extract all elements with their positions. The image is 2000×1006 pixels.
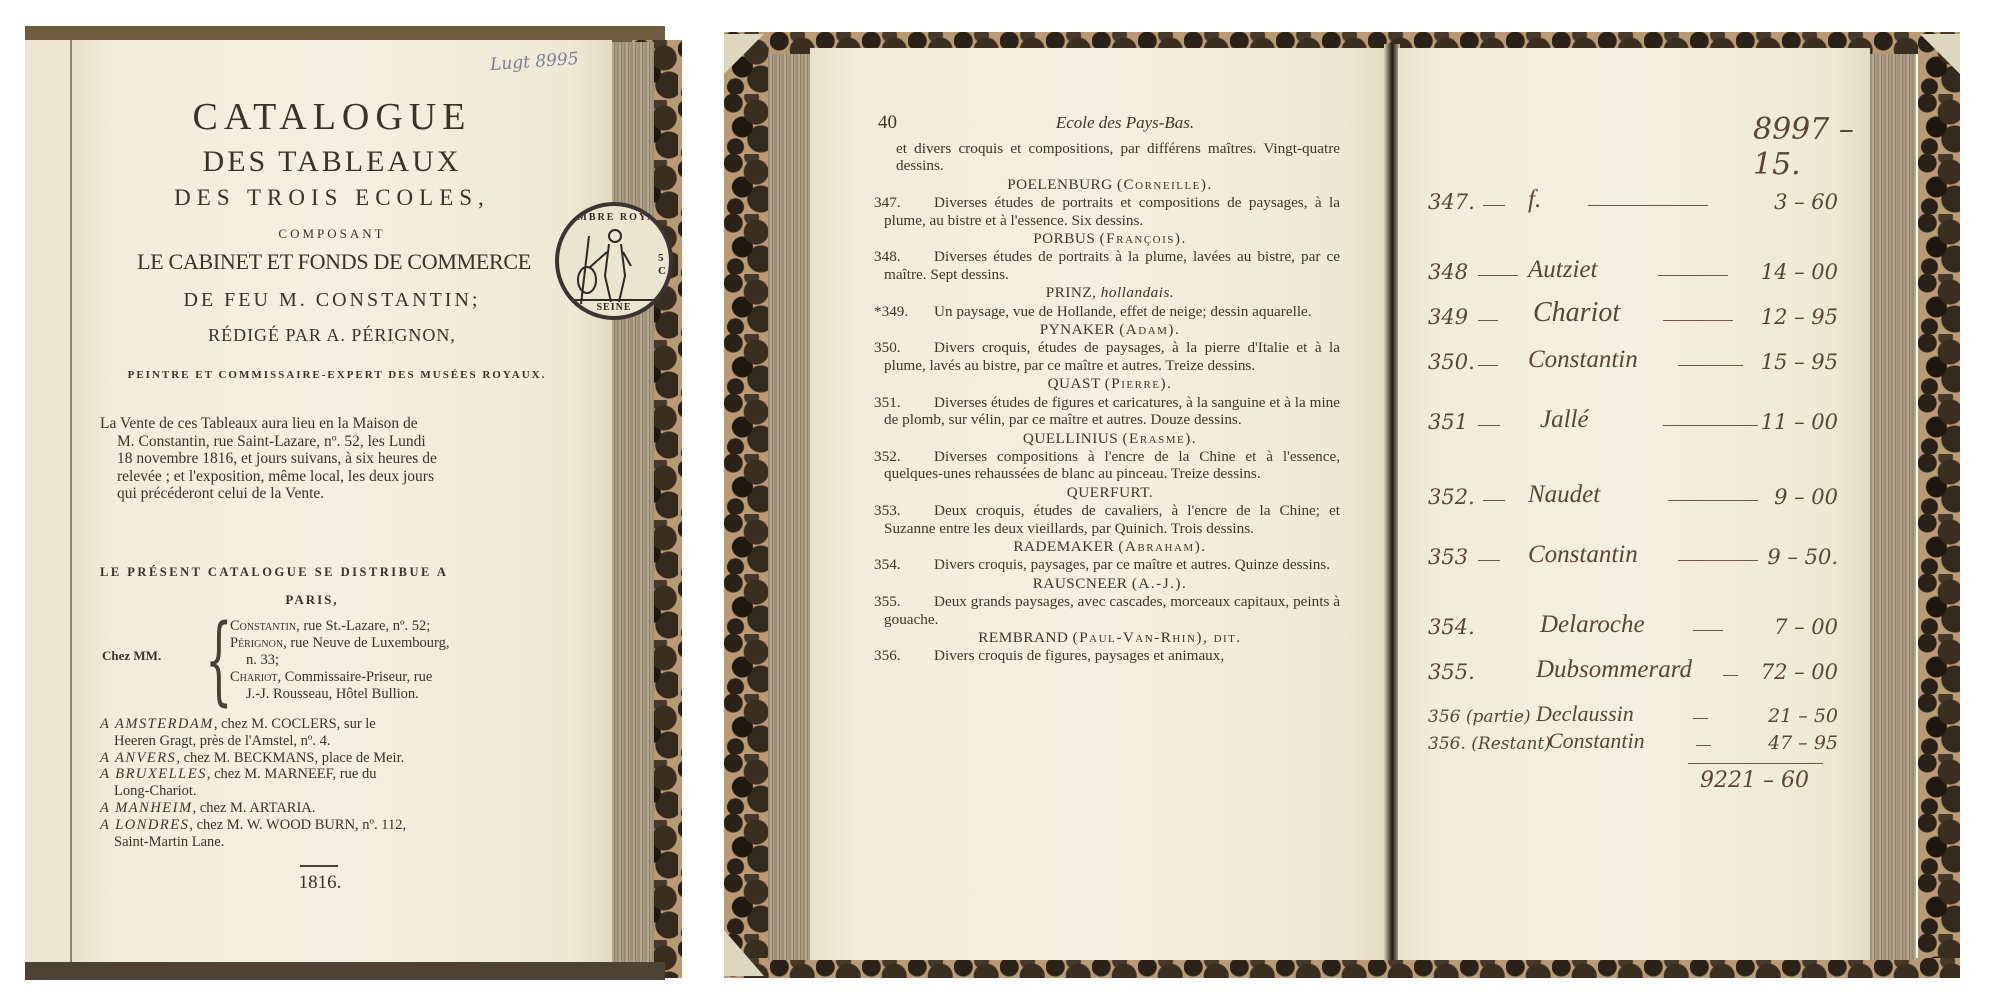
lot-number: 350. — [1428, 350, 1475, 374]
price: 11 – 00 — [1728, 410, 1838, 434]
lot-description: Divers croquis, paysages, par ce maître … — [884, 556, 1340, 573]
lot-description: Un paysage, vue de Hollande, effet de ne… — [884, 303, 1340, 320]
lot-number: 356. — [874, 647, 924, 664]
buyer-name: Constantin — [1528, 346, 1638, 374]
lot-description: Diverses études de figures et caricature… — [884, 394, 1340, 429]
sale-row: 356. (Restant) Constantin 47 – 95 — [1428, 718, 1838, 758]
artist-heading: REMBRAND (Paul-Van-Rhin), dit. — [880, 629, 1340, 646]
royal-tax-stamp: TIMBRE ROYAL 5 C SEINE — [555, 202, 673, 320]
shelfmark-annotation: Lugt 8995 — [489, 49, 579, 75]
price: 12 – 95 — [1728, 305, 1838, 329]
paris-sellers: Constantin, rue St.-Lazare, nº. 52; Péri… — [230, 618, 548, 703]
price: 9 – 50. — [1728, 545, 1838, 569]
lot-number: 351. — [874, 394, 924, 411]
catalogue-entries: et divers croquis et compositions, par d… — [880, 140, 1340, 665]
distribution-heading: LE PRÉSENT CATALOGUE SE DISTRIBUE A — [100, 565, 540, 580]
foreign-seller: A ANVERS, chez M. BECKMANS, place de Mei… — [100, 750, 550, 767]
lot-description: Diverses études de portraits et composit… — [884, 194, 1340, 229]
marbled-cover-right — [1918, 34, 1960, 974]
buyer-name: Naudet — [1528, 481, 1600, 509]
price: 72 – 00 — [1728, 660, 1838, 684]
page-edges-right — [1870, 54, 1916, 960]
carried-forward-total: 8997 – 15. — [1753, 112, 1870, 182]
lot-entry: 352.Diverses compositions à l'encre de l… — [880, 448, 1340, 483]
book-bottom-edge — [25, 962, 665, 980]
artist-heading: QUERFURT. — [880, 484, 1340, 501]
lot-number: 354. — [874, 556, 924, 573]
price: 7 – 00 — [1728, 615, 1838, 639]
lot-number: 350. — [874, 339, 924, 356]
seller-line: Constantin, rue St.-Lazare, nº. 52; — [230, 618, 548, 635]
lot-number: 352. — [1428, 485, 1475, 509]
sale-notice-line: relevée ; et l'exposition, même local, l… — [100, 468, 540, 486]
sale-row: 352. Naudet 9 – 00 — [1428, 473, 1838, 513]
catalogue-page-40: 40 Ecole des Pays-Bas. et divers croquis… — [810, 48, 1387, 960]
page-edges — [610, 42, 654, 962]
lot-number: 349 — [1428, 305, 1468, 329]
lot-number: 356. (Restant) — [1428, 734, 1551, 754]
lot-entry: *349.Un paysage, vue de Hollande, effet … — [880, 303, 1340, 320]
handwritten-sale-results: 8997 – 15. 347. f. 3 – 60 348 Autziet 14… — [1398, 48, 1870, 960]
lot-entry: 355.Deux grands paysages, avec cascades,… — [880, 593, 1340, 628]
lot-number: 355. — [1428, 660, 1475, 684]
composant-line: COMPOSANT — [72, 226, 592, 242]
page-edges-left — [768, 54, 810, 960]
lot-description: Deux croquis, études de cavaliers, à l'e… — [884, 502, 1340, 537]
grand-total: 9221 – 60 — [1700, 768, 1809, 793]
price: 14 – 00 — [1728, 260, 1838, 284]
open-catalogue-spread: 40 Ecole des Pays-Bas. et divers croquis… — [720, 0, 2000, 1006]
foreign-seller: A MANHEIM, chez M. ARTARIA. — [100, 800, 550, 817]
buyer-name: Constantin — [1528, 541, 1638, 569]
seller-line: Chariot, Commissaire-Priseur, rue — [230, 669, 548, 686]
running-head: Ecole des Pays-Bas. — [910, 114, 1340, 131]
lot-entry: 348.Diverses études de portraits à la pl… — [880, 248, 1340, 283]
artist-heading: PRINZ, hollandais. — [880, 284, 1340, 301]
page-number: 40 — [878, 114, 897, 131]
sale-notice-line: 18 novembre 1816, et jours suivans, à si… — [100, 450, 540, 468]
sale-row: 347. f. 3 – 60 — [1428, 178, 1838, 218]
foreign-seller: A BRUXELLES, chez M. MARNEEF, rue du — [100, 766, 550, 783]
stamp-bottom-text: SEINE — [559, 299, 669, 313]
buyer-name: f. — [1528, 186, 1541, 214]
price: 47 – 95 — [1728, 732, 1838, 754]
seller-line: Pérignon, rue Neuve de Luxembourg, — [230, 635, 548, 652]
sale-row: 350. Constantin 15 – 95 — [1428, 338, 1838, 378]
artist-heading: QUELLINIUS (Erasme). — [880, 430, 1340, 447]
artist-heading: POELENBURG (Corneille). — [880, 176, 1340, 193]
title-page: Lugt 8995 CATALOGUE DES TABLEAUX DES TRO… — [70, 40, 612, 962]
lot-entry: 354.Divers croquis, paysages, par ce maî… — [880, 556, 1340, 573]
sale-row: 353 Constantin 9 – 50. — [1428, 533, 1838, 573]
sale-notice: La Vente de ces Tableaux aura lieu en la… — [100, 415, 540, 503]
lot-entry: 353.Deux croquis, études de cavaliers, à… — [880, 502, 1340, 537]
price: 3 – 60 — [1728, 190, 1838, 214]
flyleaf — [25, 40, 73, 965]
buyer-name: Chariot — [1533, 297, 1620, 329]
stamp-denomination: 5 C — [658, 252, 666, 278]
lot-entry: 356.Divers croquis de figures, paysages … — [880, 647, 1340, 664]
lot-number: 353. — [874, 502, 924, 519]
artist-heading: RADEMAKER (Abraham). — [880, 538, 1340, 555]
seller-line-cont: n. 33; — [230, 652, 548, 669]
buyer-name: Jallé — [1540, 406, 1589, 434]
lot-number: 353 — [1428, 545, 1468, 569]
lot-description: Diverses compositions à l'encre de la Ch… — [884, 448, 1340, 483]
author-title: PEINTRE ET COMMISSAIRE-EXPERT DES MUSÉES… — [102, 364, 572, 386]
continued-entry: et divers croquis et compositions, par d… — [880, 140, 1340, 175]
chez-mm-label: Chez MM. — [102, 648, 161, 664]
title-line-2: DES TABLEAUX — [72, 145, 592, 179]
owner-line: DE FEU M. CONSTANTIN; — [72, 289, 592, 312]
foreign-seller: A AMSTERDAM, chez M. COCLERS, sur le — [100, 716, 550, 733]
title-line-3: DES TROIS ECOLES, — [72, 185, 592, 211]
sale-row: 348 Autziet 14 – 00 — [1428, 248, 1838, 288]
lot-entry: 350.Divers croquis, études de paysages, … — [880, 339, 1340, 374]
lot-description: Divers croquis, études de paysages, à la… — [884, 339, 1340, 374]
lot-description: Divers croquis de figures, paysages et a… — [884, 647, 1340, 664]
publication-year: 1816. — [60, 872, 580, 894]
artist-heading: RAUSCNEER (A.-J.). — [880, 575, 1340, 592]
lot-entry: 347.Diverses études de portraits et comp… — [880, 194, 1340, 229]
lot-number: 354. — [1428, 615, 1475, 639]
lot-entry: 351.Diverses études de figures et carica… — [880, 394, 1340, 429]
lot-description: Deux grands paysages, avec cascades, mor… — [884, 593, 1340, 628]
author-line: RÉDIGÉ PAR A. PÉRIGNON, — [72, 325, 592, 346]
foreign-sellers: A AMSTERDAM, chez M. COCLERS, sur le Hee… — [100, 716, 550, 850]
cabinet-line: LE CABINET ET FONDS DE COMMERCE — [64, 249, 604, 275]
sale-notice-line: M. Constantin, rue Saint-Lazare, nº. 52,… — [100, 433, 540, 451]
lot-number: 348 — [1428, 260, 1468, 284]
total-rule — [1688, 763, 1823, 764]
foreign-seller-cont: Saint-Martin Lane. — [100, 834, 550, 851]
brace-glyph: { — [205, 612, 232, 708]
price: 9 – 00 — [1728, 485, 1838, 509]
sale-row: 355. Dubsommerard 72 – 00 — [1428, 648, 1838, 688]
price: 15 – 95 — [1728, 350, 1838, 374]
sale-notice-line: qui précéderont celui de la Vente. — [100, 485, 540, 503]
buyer-name: Delaroche — [1540, 611, 1645, 639]
title-page-book: Lugt 8995 CATALOGUE DES TABLEAUX DES TRO… — [0, 0, 700, 1006]
buyer-name: Autziet — [1528, 256, 1597, 284]
buyer-name: Dubsommerard — [1536, 656, 1692, 684]
lot-description: Diverses études de portraits à la plume,… — [884, 248, 1340, 283]
artist-heading: PYNAKER (Adam). — [880, 321, 1340, 338]
sale-row: 349 Chariot 12 – 95 — [1428, 293, 1838, 333]
distribution-city: PARIS, — [52, 592, 572, 608]
book-bottom-edge — [724, 958, 1960, 978]
lot-number: 348. — [874, 248, 924, 265]
lot-number: 351 — [1428, 410, 1468, 434]
foreign-seller-cont: Heeren Gragt, près de l'Amstel, nº. 4. — [100, 733, 550, 750]
artist-heading: QUAST (Pierre). — [880, 375, 1340, 392]
lot-number: *349. — [874, 303, 924, 320]
lot-number: 352. — [874, 448, 924, 465]
foreign-seller: A LONDRES, chez M. W. WOOD BURN, nº. 112… — [100, 817, 550, 834]
buyer-name: Constantin — [1548, 728, 1645, 754]
divider-rule — [300, 865, 338, 867]
artist-heading: PORBUS (François). — [880, 230, 1340, 247]
lot-number: 347. — [874, 194, 924, 211]
lot-number: 355. — [874, 593, 924, 610]
title-line-1: CATALOGUE — [72, 95, 592, 139]
seller-line-cont: J.-J. Rousseau, Hôtel Bullion. — [230, 686, 548, 703]
foreign-seller-cont: Long-Chariot. — [100, 783, 550, 800]
lot-number: 347. — [1428, 190, 1475, 214]
sale-notice-line: La Vente de ces Tableaux aura lieu en la… — [100, 415, 540, 433]
sale-row: 351 Jallé 11 – 00 — [1428, 398, 1838, 438]
sale-row: 354. Delaroche 7 – 00 — [1428, 603, 1838, 643]
marbled-cover-left — [724, 34, 768, 978]
